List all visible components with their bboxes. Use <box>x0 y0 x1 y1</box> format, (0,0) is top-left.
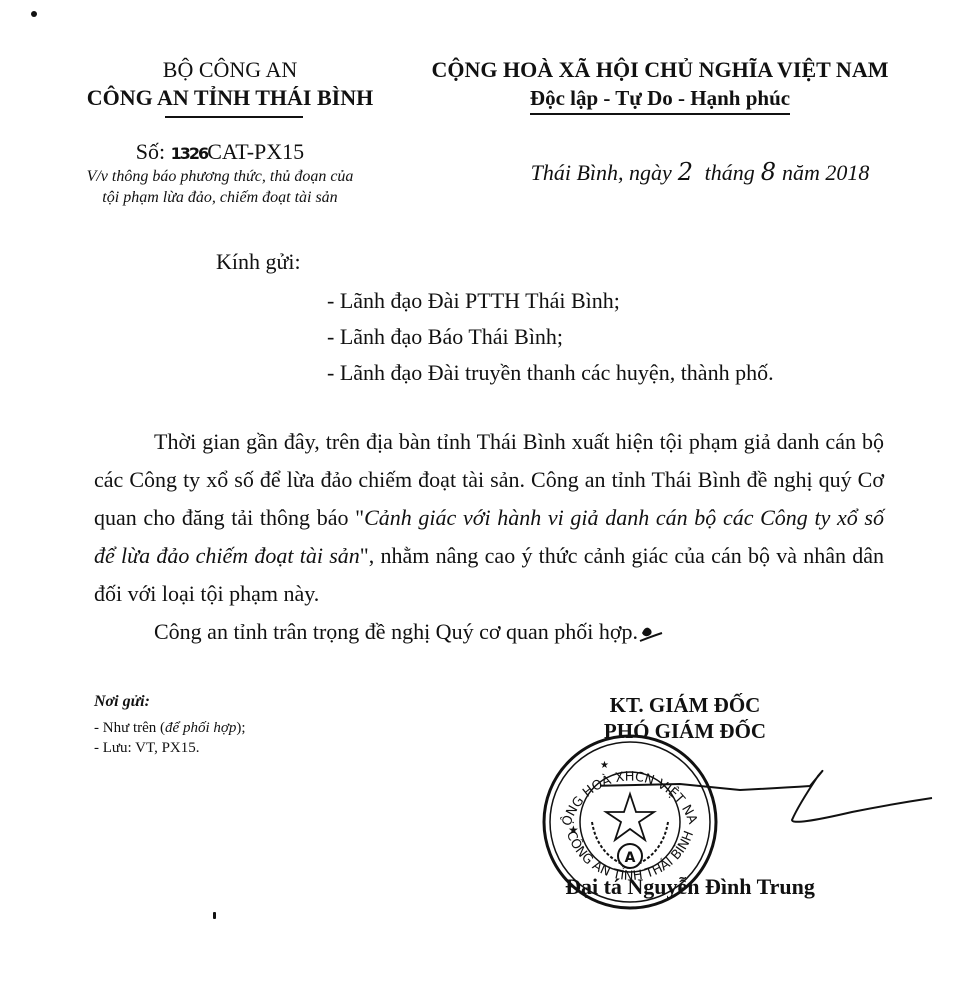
national-header: CỘNG HOÀ XÃ HỘI CHỦ NGHĨA VIỆT NAM Độc l… <box>400 56 920 115</box>
scan-speck <box>31 11 37 17</box>
distribution-title: Nơi gửi: <box>94 692 374 712</box>
date-day: 2 <box>672 158 699 186</box>
signature-title-line-2: PHÓ GIÁM ĐỐC <box>560 718 810 744</box>
distribution-list: Nơi gửi: - Như trên (để phối hợp); - Lưu… <box>94 692 374 758</box>
date-month: 8 <box>755 158 782 186</box>
date-year: năm 2018 <box>782 160 869 185</box>
salutation: Kính gửi: <box>216 248 301 276</box>
header-underline <box>165 116 303 118</box>
distribution-text: ); <box>236 720 245 736</box>
signature-title-line-1: KT. GIÁM ĐỐC <box>560 692 810 718</box>
recipient-list: - Lãnh đạo Đài PTTH Thái Bình; - Lãnh đạ… <box>327 283 774 391</box>
letter-body: Thời gian gần đây, trên địa bàn tỉnh Thá… <box>94 423 884 651</box>
document-number-handwritten: 1326 <box>171 144 208 163</box>
svg-text:★: ★ <box>568 823 579 837</box>
body-paragraph-2: Công an tỉnh trân trọng đề nghị Quý cơ q… <box>94 613 884 651</box>
recipient-item: - Lãnh đạo Đài truyền thanh các huyện, t… <box>327 355 774 391</box>
agency-name: CÔNG AN TỈNH THÁI BÌNH <box>60 84 400 112</box>
date-month-label: tháng <box>705 160 755 185</box>
state-name: CỘNG HOÀ XÃ HỘI CHỦ NGHĨA VIỆT NAM <box>400 56 920 84</box>
signer-name: Đại tá Nguyễn Đình Trung <box>540 873 840 901</box>
distribution-item: - Lưu: VT, PX15. <box>94 738 374 758</box>
recipient-item: - Lãnh đạo Đài PTTH Thái Bình; <box>327 283 774 319</box>
distribution-text: để phối hợp <box>165 720 236 736</box>
recipient-item: - Lãnh đạo Báo Thái Bình; <box>327 319 774 355</box>
issue-date: Thái Bình, ngày2 tháng8năm 2018 <box>480 158 920 187</box>
svg-text:A: A <box>625 850 636 866</box>
handwritten-signature-icon <box>600 760 940 840</box>
date-place: Thái Bình, ngày <box>531 160 672 185</box>
body-paragraph-1: Thời gian gần đây, trên địa bàn tỉnh Thá… <box>94 423 884 613</box>
document-number-prefix: Số: <box>136 139 165 164</box>
document-number-suffix: CAT-PX15 <box>207 139 304 164</box>
body-text-run: Công an tỉnh trân trọng đề nghị Quý cơ q… <box>154 619 638 644</box>
signature-title: KT. GIÁM ĐỐC PHÓ GIÁM ĐỐC <box>560 692 810 744</box>
national-motto: Độc lập - Tự Do - Hạnh phúc <box>530 84 790 115</box>
end-mark-icon <box>638 623 664 645</box>
scan-speck <box>213 912 216 919</box>
subject-line-2: tội phạm lừa đảo, chiếm đoạt tài sản <box>40 187 400 208</box>
distribution-item: - Như trên (để phối hợp); <box>94 718 374 738</box>
issuing-agency-header: BỘ CÔNG AN CÔNG AN TỈNH THÁI BÌNH <box>60 56 400 118</box>
document-subject: V/v thông báo phương thức, thủ đoạn của … <box>40 166 400 208</box>
subject-line-1: V/v thông báo phương thức, thủ đoạn của <box>40 166 400 187</box>
ministry-name: BỘ CÔNG AN <box>60 56 400 84</box>
distribution-text: - Như trên ( <box>94 720 165 736</box>
document-number: Số: 1326CAT-PX15 <box>40 138 400 168</box>
